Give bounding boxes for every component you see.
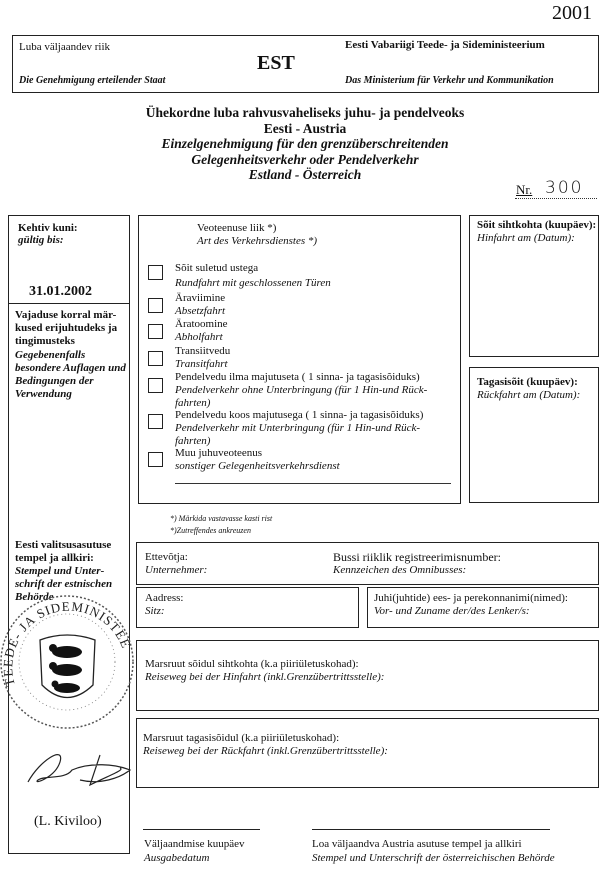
issue-date-label-et: Väljaandmise kuupäev <box>144 838 245 851</box>
conditions-label-de: Gegebenenfalls besondere Auflagen und Be… <box>15 349 129 401</box>
ministry-stamp-icon: TEEDE- JA SIDEMINISTEERIUM <box>0 590 145 740</box>
issuing-state-label-et: Luba väljaandev riik <box>19 41 110 54</box>
footnote-et: *) Märkida vastavasse kasti rist <box>170 514 272 523</box>
other-service-line <box>175 483 451 484</box>
checkbox-shuttle-with-accommodation[interactable] <box>148 414 163 429</box>
checkbox-other-service[interactable] <box>148 452 163 467</box>
signature-icon <box>20 740 140 795</box>
document-year: 2001 <box>552 2 592 25</box>
title-line-2: Eesti - Austria <box>100 121 510 137</box>
issuing-state-label-de: Die Genehmigung erteilender Staat <box>19 75 165 87</box>
route-return-box[interactable]: Marsruut tagasisõidul (k.a piiriületusko… <box>136 718 599 788</box>
return-date-label-et: Tagasisõit (kuupäev): <box>477 376 578 389</box>
austria-stamp-label-de: Stempel und Unterschrift der österreichi… <box>312 852 555 865</box>
option-shuttle-without-accommodation: Pendelvedu ilma majutuseta ( 1 sinna- ja… <box>175 371 455 410</box>
title-line-4: Gelegenheitsverkehr oder Pendelverkehr <box>100 152 510 168</box>
footnote-de: *)Zutreffendes ankreuzen <box>170 526 251 535</box>
service-type-heading-et: Veoteenuse liik *) <box>197 222 276 235</box>
address-box[interactable]: Aadress: Sitz: <box>136 587 359 628</box>
title-line-5: Estland - Österreich <box>100 167 510 183</box>
driver-label-de: Vor- und Zuname der/des Lenker/s: <box>374 605 530 618</box>
outbound-date-label-de: Hinfahrt am (Datum): <box>477 232 575 245</box>
route-outbound-label-de: Reiseweg bei der Hinfahrt (inkl.Grenzübe… <box>145 671 384 684</box>
route-outbound-label-et: Marsruut sõidul sihtkohta (k.a piiriület… <box>145 658 359 671</box>
permit-number-line <box>515 198 597 199</box>
permit-number-label: Nr. <box>516 182 532 198</box>
checkbox-transit[interactable] <box>148 351 163 366</box>
signatory-name: (L. Kiviloo) <box>34 814 102 830</box>
title-line-3: Einzelgenehmigung für den grenzüberschre… <box>100 136 510 152</box>
checkbox-shuttle-without-accommodation[interactable] <box>148 378 163 393</box>
option-drop-off: ÄraviimineAbsetzfahrt <box>175 292 225 318</box>
authority-label-et: Eesti valitsusasutuse tempel ja allkiri: <box>15 539 125 565</box>
checkbox-pick-up[interactable] <box>148 324 163 339</box>
permit-number-value: 300 <box>545 178 583 198</box>
conditions-label-et: Vajaduse korral mär-kused erijuhtudeks j… <box>15 309 127 348</box>
outbound-date-label-et: Sõit sihtkohta (kuupäev): <box>477 219 596 232</box>
austria-stamp-line <box>312 829 550 830</box>
bus-reg-label-de: Kennzeichen des Omnibusses: <box>333 564 466 577</box>
driver-label-et: Juhi(juhtide) ees- ja perekonnanimi(nime… <box>374 592 568 605</box>
company-box[interactable]: Ettevõtja: Unternehmer: Bussi riiklik re… <box>136 542 599 585</box>
route-outbound-box[interactable]: Marsruut sõidul sihtkohta (k.a piiriület… <box>136 640 599 711</box>
option-closed-door-tour: Sõit suletud ustegaRundfahrt mit geschlo… <box>175 262 331 290</box>
ministry-name-et: Eesti Vabariigi Teede- ja Sideministeeri… <box>345 39 545 52</box>
company-label-de: Unternehmer: <box>145 564 207 577</box>
address-label-de: Sitz: <box>145 605 165 618</box>
bus-reg-label-et: Bussi riiklik registreerimisnumber: <box>333 550 501 564</box>
option-other-service: Muu juhuveoteenussonstiger Gelegenheitsv… <box>175 447 340 473</box>
issue-date-line <box>143 829 260 830</box>
option-transit: TransiitveduTransitfahrt <box>175 345 230 371</box>
issuer-header: Luba väljaandev riik Die Genehmigung ert… <box>12 35 599 93</box>
outbound-date-box[interactable]: Sõit sihtkohta (kuupäev): Hinfahrt am (D… <box>469 215 599 357</box>
checkbox-drop-off[interactable] <box>148 298 163 313</box>
option-shuttle-with-accommodation: Pendelvedu koos majutusega ( 1 sinna- ja… <box>175 409 455 448</box>
validity-label-de: gültig bis: <box>18 234 64 247</box>
checkbox-closed-door-tour[interactable] <box>148 265 163 280</box>
issue-date-label-de: Ausgabedatum <box>144 852 209 865</box>
route-return-label-et: Marsruut tagasisõidul (k.a piiriületusko… <box>143 732 339 745</box>
document-title: Ühekordne luba rahvusvaheliseks juhu- ja… <box>100 105 510 183</box>
austria-stamp-label-et: Loa väljaandva Austria asutuse tempel ja… <box>312 838 522 851</box>
service-type-heading-de: Art des Verkehrsdienstes *) <box>197 235 317 248</box>
return-date-box[interactable]: Tagasisõit (kuupäev): Rückfahrt am (Datu… <box>469 367 599 503</box>
ministry-name-de: Das Ministerium für Verkehr und Kommunik… <box>345 75 554 87</box>
country-code: EST <box>257 52 295 75</box>
validity-divider <box>9 303 129 304</box>
return-date-label-de: Rückfahrt am (Datum): <box>477 389 580 402</box>
driver-box[interactable]: Juhi(juhtide) ees- ja perekonnanimi(nime… <box>367 587 599 628</box>
company-label-et: Ettevõtja: <box>145 551 188 564</box>
option-pick-up: ÄratoomineAbholfahrt <box>175 318 228 344</box>
validity-date: 31.01.2002 <box>29 284 92 300</box>
address-label-et: Aadress: <box>145 592 184 605</box>
service-type-box: Veoteenuse liik *) Art des Verkehrsdiens… <box>138 215 461 504</box>
title-line-1: Ühekordne luba rahvusvaheliseks juhu- ja… <box>100 105 510 121</box>
route-return-label-de: Reiseweg bei der Rückfahrt (inkl.Grenzüb… <box>143 745 388 758</box>
